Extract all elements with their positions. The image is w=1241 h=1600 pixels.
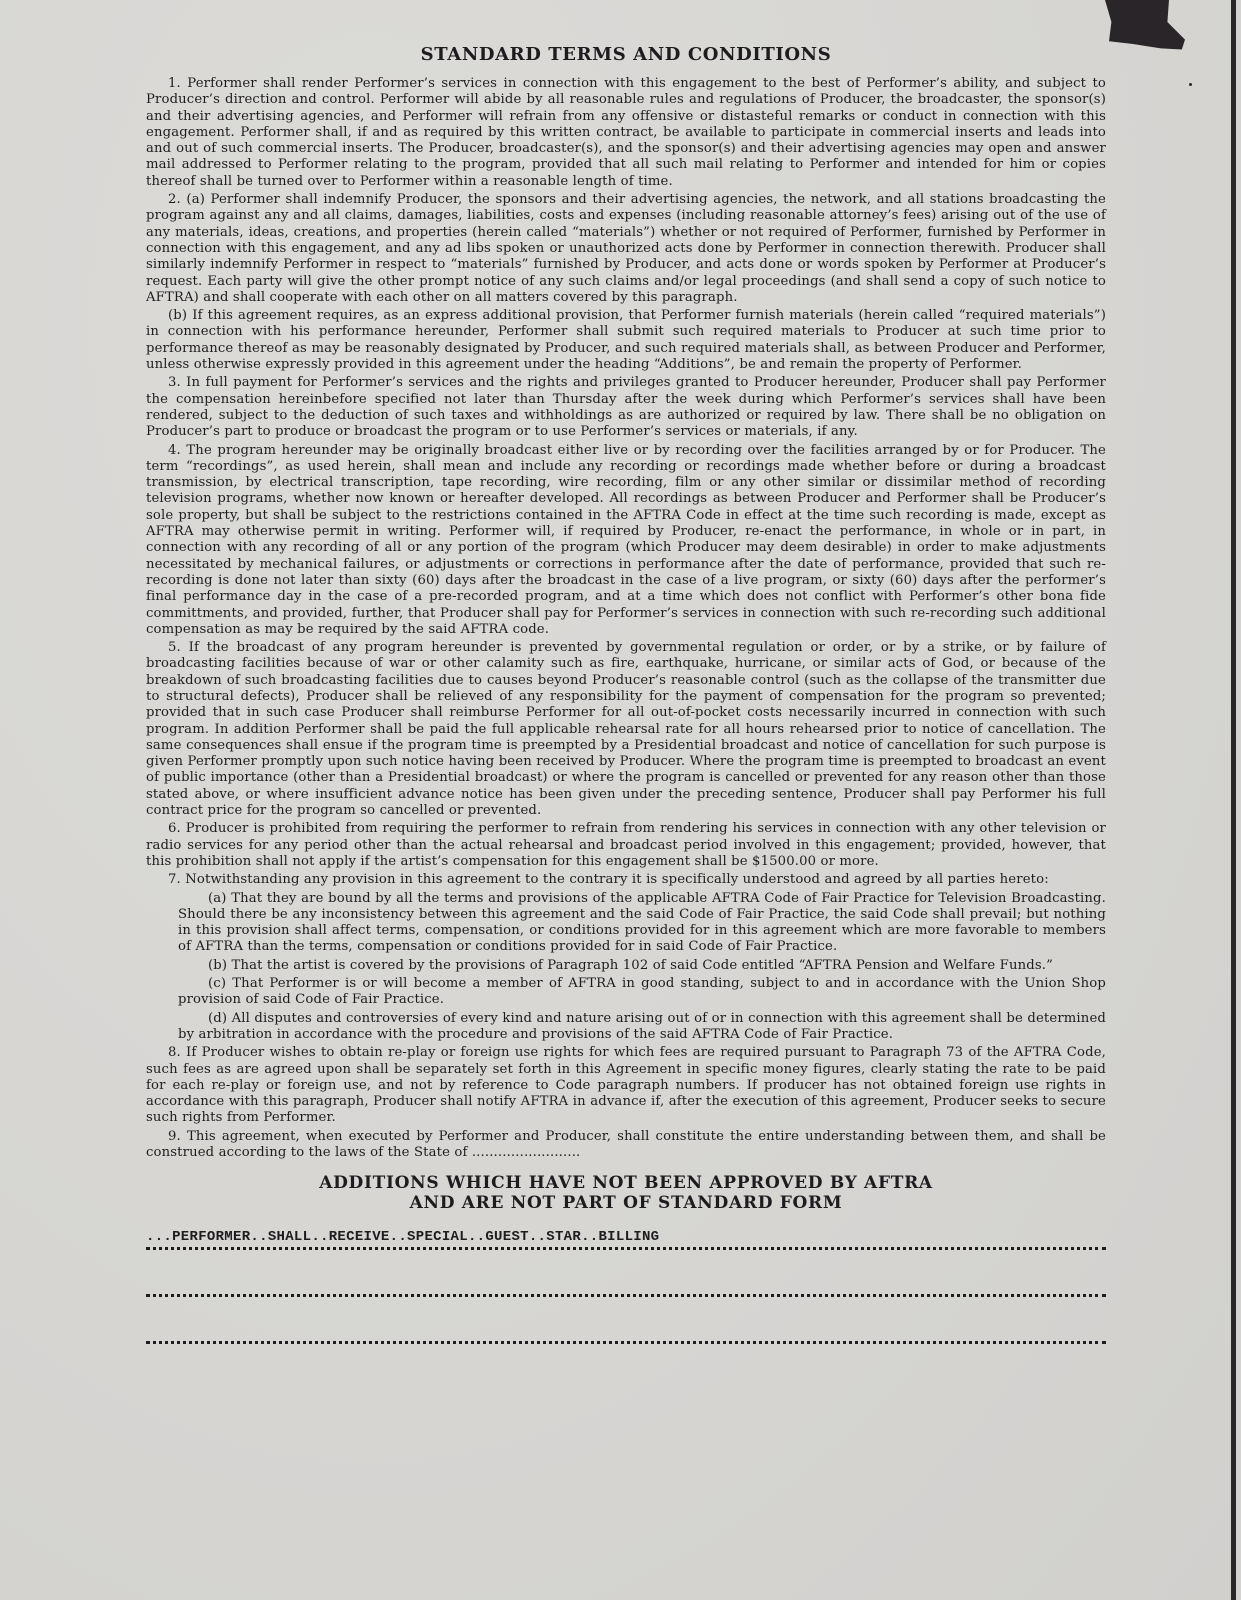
clause-4: 4. The program hereunder may be original… [146, 443, 1106, 639]
additions-line-3[interactable] [146, 1323, 1106, 1344]
page-title: STANDARD TERMS AND CONDITIONS [146, 44, 1106, 66]
clause-7b: (b) That the artist is covered by the pr… [178, 958, 1106, 974]
clause-2b: (b) If this agreement requires, as an ex… [146, 308, 1106, 373]
torn-corner-hole [1105, 0, 1185, 55]
additions-line-1[interactable]: ...PERFORMER..SHALL..RECEIVE..SPECIAL..G… [146, 1229, 1106, 1250]
additions-line-1-text: ...PERFORMER..SHALL..RECEIVE..SPECIAL..G… [146, 1229, 659, 1245]
clause-7a: (a) That they are bound by all the terms… [178, 891, 1106, 956]
clause-2a: 2. (a) Performer shall indemnify Produce… [146, 192, 1106, 306]
clause-7: 7. Notwithstanding any provision in this… [146, 872, 1106, 888]
clause-8: 8. If Producer wishes to obtain re-play … [146, 1045, 1106, 1126]
paper-speck [1189, 83, 1192, 86]
document-body: STANDARD TERMS AND CONDITIONS 1. Perform… [146, 44, 1106, 1344]
clause-7d: (d) All disputes and controversies of ev… [178, 1011, 1106, 1044]
additions-heading: ADDITIONS WHICH HAVE NOT BEEN APPROVED B… [146, 1173, 1106, 1213]
document-page: STANDARD TERMS AND CONDITIONS 1. Perform… [0, 0, 1236, 1600]
page-edge-shadow [1231, 0, 1236, 1600]
clause-3: 3. In full payment for Performer’s servi… [146, 375, 1106, 440]
clause-9: 9. This agreement, when executed by Perf… [146, 1129, 1106, 1162]
clause-5: 5. If the broadcast of any program hereu… [146, 640, 1106, 819]
additions-heading-line-1: ADDITIONS WHICH HAVE NOT BEEN APPROVED B… [146, 1173, 1106, 1193]
clause-7c: (c) That Performer is or will become a m… [178, 976, 1106, 1009]
clause-1: 1. Performer shall render Performer’s se… [146, 76, 1106, 190]
additions-heading-line-2: AND ARE NOT PART OF STANDARD FORM [146, 1193, 1106, 1213]
additions-line-2[interactable] [146, 1276, 1106, 1297]
clause-6: 6. Producer is prohibited from requiring… [146, 821, 1106, 870]
